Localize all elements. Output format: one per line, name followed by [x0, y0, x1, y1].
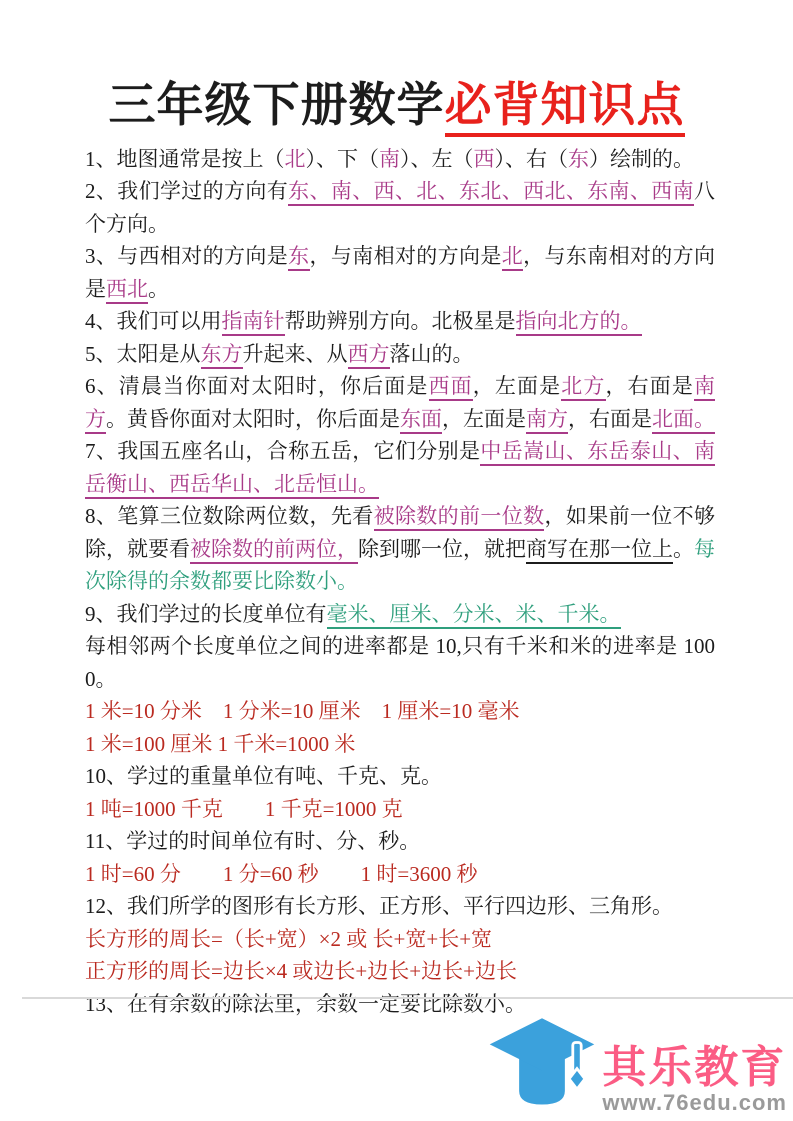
- text-run: ）、左（: [400, 147, 474, 171]
- paragraph: 9、我们学过的长度单位有毫米、厘米、分米、米、千米。: [85, 598, 715, 631]
- text-run: ，右面是: [568, 407, 652, 431]
- text-run: 商写在那一位上: [526, 537, 673, 564]
- page-title: 三年级下册数学必背知识点: [0, 0, 793, 135]
- text-run: 除到哪一位，就把: [358, 537, 526, 561]
- text-run: 升起来、从: [243, 342, 348, 366]
- text-run: 西: [474, 147, 495, 171]
- text-run: 。: [673, 537, 694, 561]
- paragraph: 6、清晨当你面对太阳时，你后面是西面，左面是北方，右面是南方。黄昏你面对太阳时，…: [85, 370, 715, 435]
- paragraph: 1 时=60 分 1 分=60 秒 1 时=3600 秒: [85, 858, 715, 891]
- text-run: 6、清晨当你面对太阳时，你后面是: [85, 374, 429, 398]
- text-run: 9、我们学过的长度单位有: [85, 602, 327, 626]
- text-run: 帮助辨别方向。北极星是: [285, 309, 516, 333]
- text-run: 西方: [348, 342, 390, 369]
- text-run: 东、南、西、北、东北、西北、东南、西南: [288, 179, 694, 206]
- brand-url: www.76edu.com: [602, 1091, 787, 1115]
- text-run: 7、我国五座名山，合称五岳，它们分别是: [85, 439, 480, 463]
- graduation-cap-icon: [486, 1009, 598, 1117]
- paragraph: 4、我们可以用指南针帮助辨别方向。北极星是指向北方的。: [85, 305, 715, 338]
- text-run: 北: [285, 147, 306, 171]
- paragraph: 8、笔算三位数除两位数，先看被除数的前一位数，如果前一位不够除，就要看被除数的前…: [85, 500, 715, 598]
- paragraph: 10、学过的重量单位有吨、千克、克。: [85, 760, 715, 793]
- paragraph: 2、我们学过的方向有东、南、西、北、东北、西北、东南、西南八个方向。: [85, 175, 715, 240]
- text-run: 12、我们所学的图形有长方形、正方形、平行四边形、三角形。: [85, 894, 673, 918]
- brand-name: 其乐教育: [602, 1045, 786, 1091]
- text-run: 毫米、厘米、分米、米、千米。: [327, 602, 621, 629]
- text-run: 1 米=10 分米 1 分米=10 厘米 1 厘米=10 毫米: [85, 699, 520, 723]
- text-run: 东: [568, 147, 589, 171]
- paragraph: 1、地图通常是按上（北）、下（南）、左（西）、右（东）绘制的。: [85, 143, 715, 176]
- paragraph: 5、太阳是从东方升起来、从西方落山的。: [85, 338, 715, 371]
- paragraph: 1 吨=1000 千克 1 千克=1000 克: [85, 793, 715, 826]
- brand-text-block: 其乐教育 www.76edu.com: [602, 1045, 787, 1117]
- text-run: 11、学过的时间单位有时、分、秒。: [85, 829, 420, 853]
- text-run: 西面: [429, 374, 473, 401]
- text-run: 东方: [201, 342, 243, 369]
- text-run: 4、我们可以用: [85, 309, 222, 333]
- text-run: 指南针: [222, 309, 285, 336]
- text-run: 西北: [106, 277, 148, 304]
- text-run: ）绘制的。: [589, 147, 694, 171]
- text-run: 1、地图通常是按上（: [85, 147, 285, 171]
- paragraph: 正方形的周长=边长×4 或边长+边长+边长+边长: [85, 955, 715, 988]
- text-run: 1 吨=1000 千克 1 千克=1000 克: [85, 797, 403, 821]
- paragraph: 1 米=100 厘米 1 千米=1000 米: [85, 728, 715, 761]
- text-run: 5、太阳是从: [85, 342, 201, 366]
- text-run: 南方: [526, 407, 568, 434]
- paragraph: 11、学过的时间单位有时、分、秒。: [85, 825, 715, 858]
- text-run: ）、右（: [495, 147, 569, 171]
- text-run: 被除数的前一位数: [374, 504, 545, 531]
- text-run: ，左面是: [442, 407, 526, 431]
- text-run: 南: [379, 147, 400, 171]
- text-run: 10、学过的重量单位有吨、千克、克。: [85, 764, 442, 788]
- paragraph: 3、与西相对的方向是东，与南相对的方向是北，与东南相对的方向是西北。: [85, 240, 715, 305]
- document-page: 三年级下册数学必背知识点 1、地图通常是按上（北）、下（南）、左（西）、右（东）…: [0, 0, 793, 1121]
- text-run: 1 米=100 厘米 1 千米=1000 米: [85, 732, 355, 756]
- divider-line: [22, 997, 793, 999]
- text-run: 3、与西相对的方向是: [85, 244, 288, 268]
- text-run: ，左面是: [473, 374, 562, 398]
- text-run: 正方形的周长=边长×4 或边长+边长+边长+边长: [85, 959, 517, 983]
- paragraph: 长方形的周长=（长+宽）×2 或 长+宽+长+宽: [85, 923, 715, 956]
- text-run: 被除数的前两位，: [190, 537, 358, 564]
- text-run: ）、下（: [306, 147, 380, 171]
- text-run: 2、我们学过的方向有: [85, 179, 288, 203]
- text-run: ，与南相对的方向是: [310, 244, 502, 268]
- text-run: 13、在有余数的除法里，余数一定要比除数小。: [85, 992, 526, 1016]
- document-body: 1、地图通常是按上（北）、下（南）、左（西）、右（东）绘制的。2、我们学过的方向…: [0, 135, 793, 1021]
- brand-footer: 其乐教育 www.76edu.com: [486, 1009, 787, 1117]
- text-run: 东: [288, 244, 309, 271]
- text-run: 北面。: [652, 407, 715, 434]
- text-run: 指向北方的。: [516, 309, 642, 336]
- text-run: ，右面是: [606, 374, 695, 398]
- title-main: 三年级下册数学: [109, 78, 445, 131]
- paragraph: 1 米=10 分米 1 分米=10 厘米 1 厘米=10 毫米: [85, 695, 715, 728]
- text-run: 。黄昏你面对太阳时，你后面是: [106, 407, 400, 431]
- text-run: 北: [502, 244, 523, 271]
- text-run: 东面: [400, 407, 442, 434]
- text-run: 8、笔算三位数除两位数，先看: [85, 504, 374, 528]
- paragraph: 12、我们所学的图形有长方形、正方形、平行四边形、三角形。: [85, 890, 715, 923]
- text-run: 1 时=60 分 1 分=60 秒 1 时=3600 秒: [85, 862, 478, 886]
- text-run: 长方形的周长=（长+宽）×2 或 长+宽+长+宽: [85, 927, 492, 951]
- paragraph: 7、我国五座名山，合称五岳，它们分别是中岳嵩山、东岳泰山、南岳衡山、西岳华山、北…: [85, 435, 715, 500]
- text-run: 每相邻两个长度单位之间的进率都是 10,只有千米和米的进率是 1000。: [85, 634, 715, 691]
- text-run: 。: [148, 277, 169, 301]
- text-run: 北方: [561, 374, 605, 401]
- paragraph: 每相邻两个长度单位之间的进率都是 10,只有千米和米的进率是 1000。: [85, 630, 715, 695]
- text-run: 落山的。: [390, 342, 474, 366]
- title-highlight: 必背知识点: [445, 78, 685, 137]
